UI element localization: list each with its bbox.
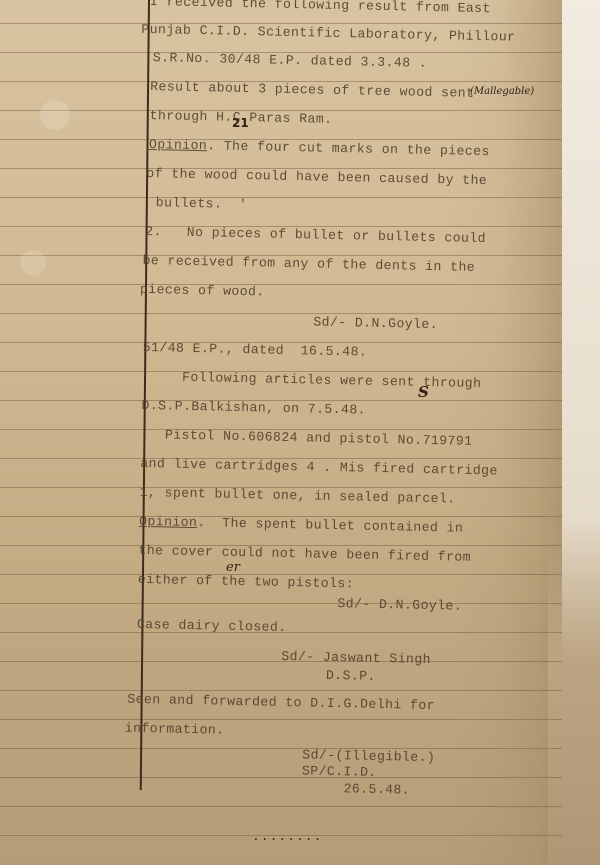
handwritten-insert: 21 [232, 116, 249, 130]
text-line: pieces of wood. [140, 282, 265, 300]
handwritten-annotation: (Mallegable) [470, 86, 534, 97]
text-line: information. [125, 721, 225, 738]
handwritten-correction: S [418, 383, 429, 401]
footer-dots: ........ [252, 829, 322, 844]
paper-stain [20, 250, 46, 276]
signature-goyle: Sd/- D.N.Goyle. [337, 596, 462, 614]
date-stamp: 26.5.48. [343, 781, 410, 797]
text-line: Case dairy closed. [137, 617, 287, 635]
opinion-label: Opinion [139, 514, 198, 530]
signature-goyle: Sd/- D.N.Goyle. [313, 314, 438, 332]
signature-jaswant-singh: Sd/- Jaswant Singh [281, 649, 431, 667]
opinion-label: Opinion [149, 137, 208, 153]
paper-stain [40, 100, 70, 130]
text-line: bullets. ' [156, 195, 248, 212]
designation-dsp: D.S.P. [326, 668, 376, 684]
handwritten-correction: er [226, 560, 240, 575]
designation-sp-cid: SP/C.I.D. [302, 763, 377, 780]
signature-illegible: Sd/-(Illegible.) [302, 747, 435, 765]
